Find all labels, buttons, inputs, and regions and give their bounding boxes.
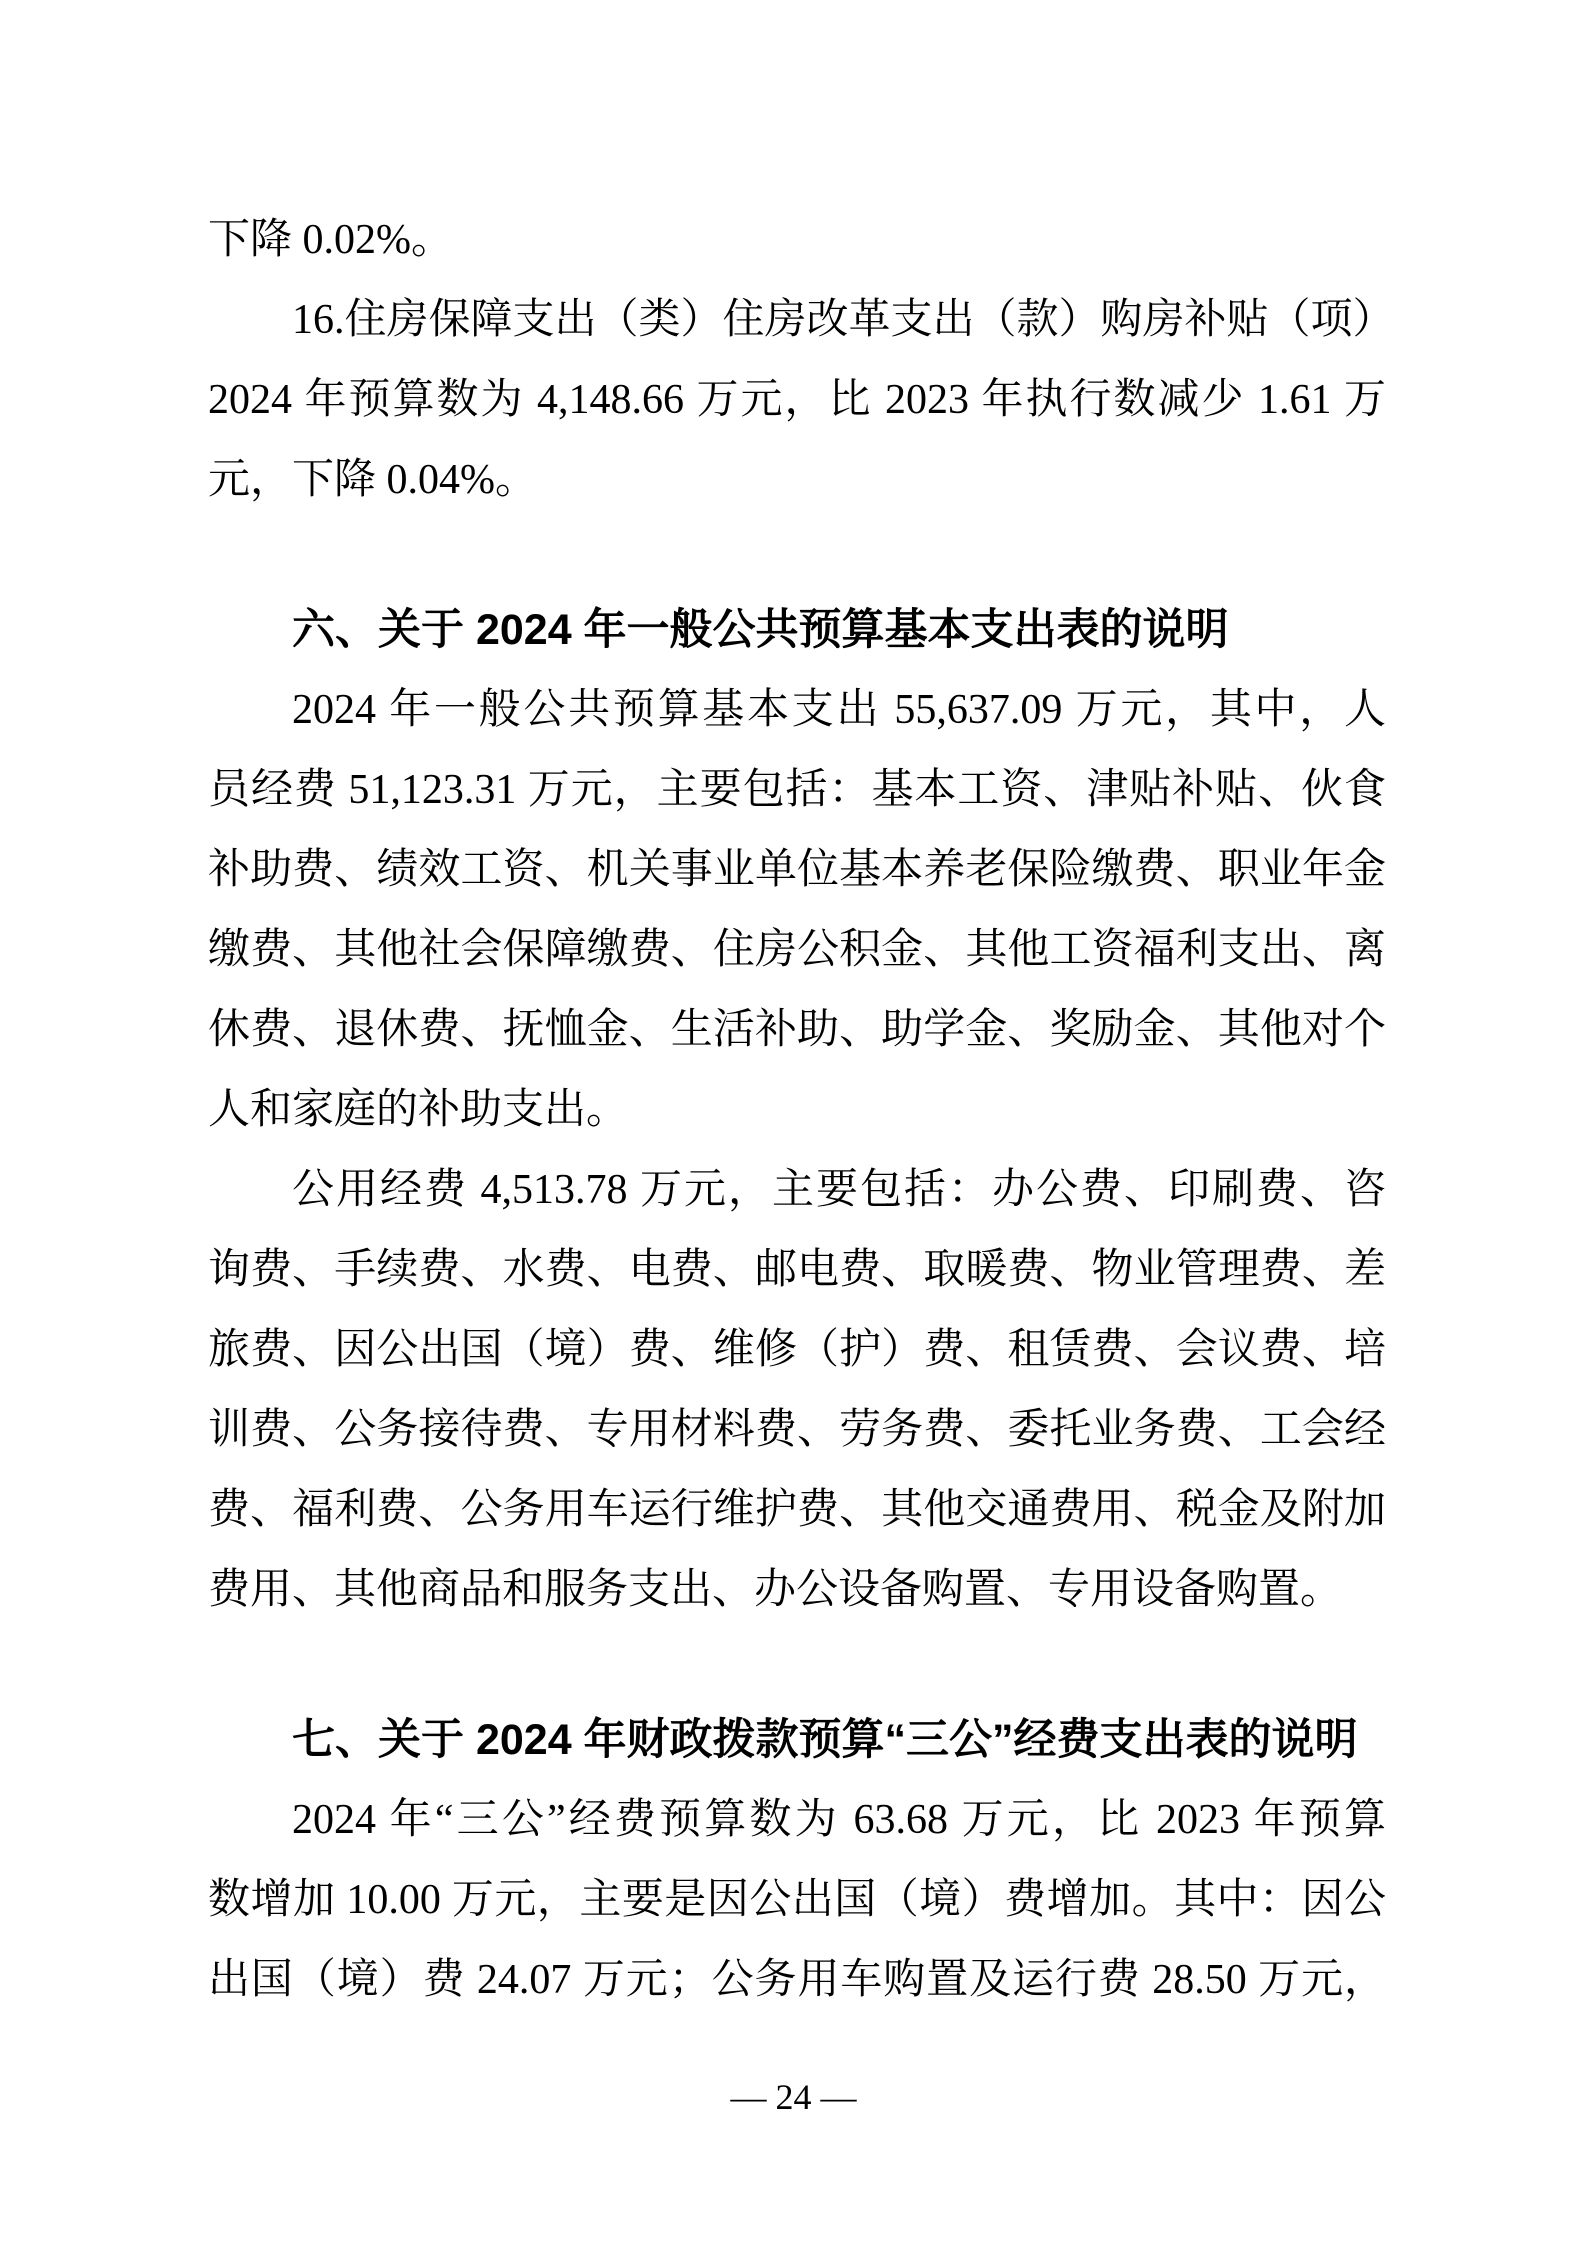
document-text: 下降 0.02%。 16.住房保障支出（类）住房改革支出（款）购房补贴（项） 2…: [208, 200, 1386, 2020]
text-line: 元，下降 0.04%。: [208, 440, 1386, 520]
section-heading-7: 七、关于 2024 年财政拨款预算“三公”经费支出表的说明: [208, 1700, 1386, 1780]
text-line: 训费、公务接待费、专用材料费、劳务费、委托业务费、工会经: [208, 1390, 1386, 1470]
text-line: 出国（境）费 24.07 万元；公务用车购置及运行费 28.50 万元，: [208, 1940, 1386, 2020]
document-page: 下降 0.02%。 16.住房保障支出（类）住房改革支出（款）购房补贴（项） 2…: [0, 0, 1587, 2245]
text-line: 16.住房保障支出（类）住房改革支出（款）购房补贴（项）: [208, 280, 1386, 360]
text-line: 询费、手续费、水费、电费、邮电费、取暖费、物业管理费、差: [208, 1230, 1386, 1310]
text-line: 下降 0.02%。: [208, 200, 1386, 280]
text-line: 人和家庭的补助支出。: [208, 1070, 1386, 1150]
text-line: 2024 年预算数为 4,148.66 万元，比 2023 年执行数减少 1.6…: [208, 360, 1386, 440]
text-line: 休费、退休费、抚恤金、生活补助、助学金、奖励金、其他对个: [208, 990, 1386, 1070]
section-heading-6: 六、关于 2024 年一般公共预算基本支出表的说明: [208, 590, 1386, 670]
text-line: 员经费 51,123.31 万元，主要包括：基本工资、津贴补贴、伙食: [208, 750, 1386, 830]
text-line: 旅费、因公出国（境）费、维修（护）费、租赁费、会议费、培: [208, 1310, 1386, 1390]
text-line: 公用经费 4,513.78 万元，主要包括：办公费、印刷费、咨: [208, 1150, 1386, 1230]
page-number: — 24 —: [0, 2062, 1587, 2132]
text-line: 2024 年“三公”经费预算数为 63.68 万元，比 2023 年预算: [208, 1780, 1386, 1860]
text-line: 费用、其他商品和服务支出、办公设备购置、专用设备购置。: [208, 1550, 1386, 1630]
text-line: 数增加 10.00 万元，主要是因公出国（境）费增加。其中：因公: [208, 1860, 1386, 1940]
text-line: 缴费、其他社会保障缴费、住房公积金、其他工资福利支出、离: [208, 910, 1386, 990]
text-line: 补助费、绩效工资、机关事业单位基本养老保险缴费、职业年金: [208, 830, 1386, 910]
text-line: 2024 年一般公共预算基本支出 55,637.09 万元，其中，人: [208, 670, 1386, 750]
text-line: 费、福利费、公务用车运行维护费、其他交通费用、税金及附加: [208, 1470, 1386, 1550]
